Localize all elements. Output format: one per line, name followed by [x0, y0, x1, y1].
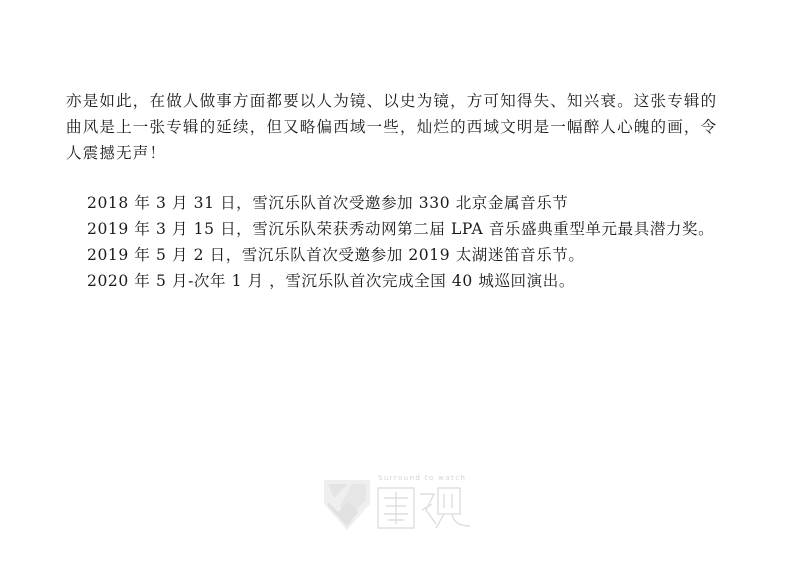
- watermark-tagline: Surround to watch: [378, 474, 466, 482]
- event-item: 2019 年 3 月 15 日，雪沉乐队荣获秀动网第二届 LPA 音乐盛典重型单…: [87, 216, 714, 242]
- body-paragraph: 亦是如此，在做人做事方面都要以人为镜、以史为镜，方可知得失、知兴衰。这张专辑的 …: [66, 88, 738, 166]
- document-page: 亦是如此，在做人做事方面都要以人为镜、以史为镜，方可知得失、知兴衰。这张专辑的 …: [0, 0, 800, 566]
- event-item: 2020 年 5 月-次年 1 月 ，雪沉乐队首次完成全国 40 城巡回演出。: [87, 268, 714, 294]
- event-item: 2018 年 3 月 31 日，雪沉乐队首次受邀参加 330 北京金属音乐节: [87, 190, 714, 216]
- paragraph-line: 人震撼无声！: [66, 140, 738, 166]
- watermark: Surround to watch: [320, 470, 480, 534]
- event-list: 2018 年 3 月 31 日，雪沉乐队首次受邀参加 330 北京金属音乐节 2…: [87, 190, 714, 294]
- paragraph-line: 亦是如此，在做人做事方面都要以人为镜、以史为镜，方可知得失、知兴衰。这张专辑的: [66, 88, 738, 114]
- event-item: 2019 年 5 月 2 日，雪沉乐队首次受邀参加 2019 太湖迷笛音乐节。: [87, 242, 714, 268]
- paragraph-line: 曲风是上一张专辑的延续，但又略偏西域一些，灿烂的西域文明是一幅醉人心魄的画，令: [66, 114, 738, 140]
